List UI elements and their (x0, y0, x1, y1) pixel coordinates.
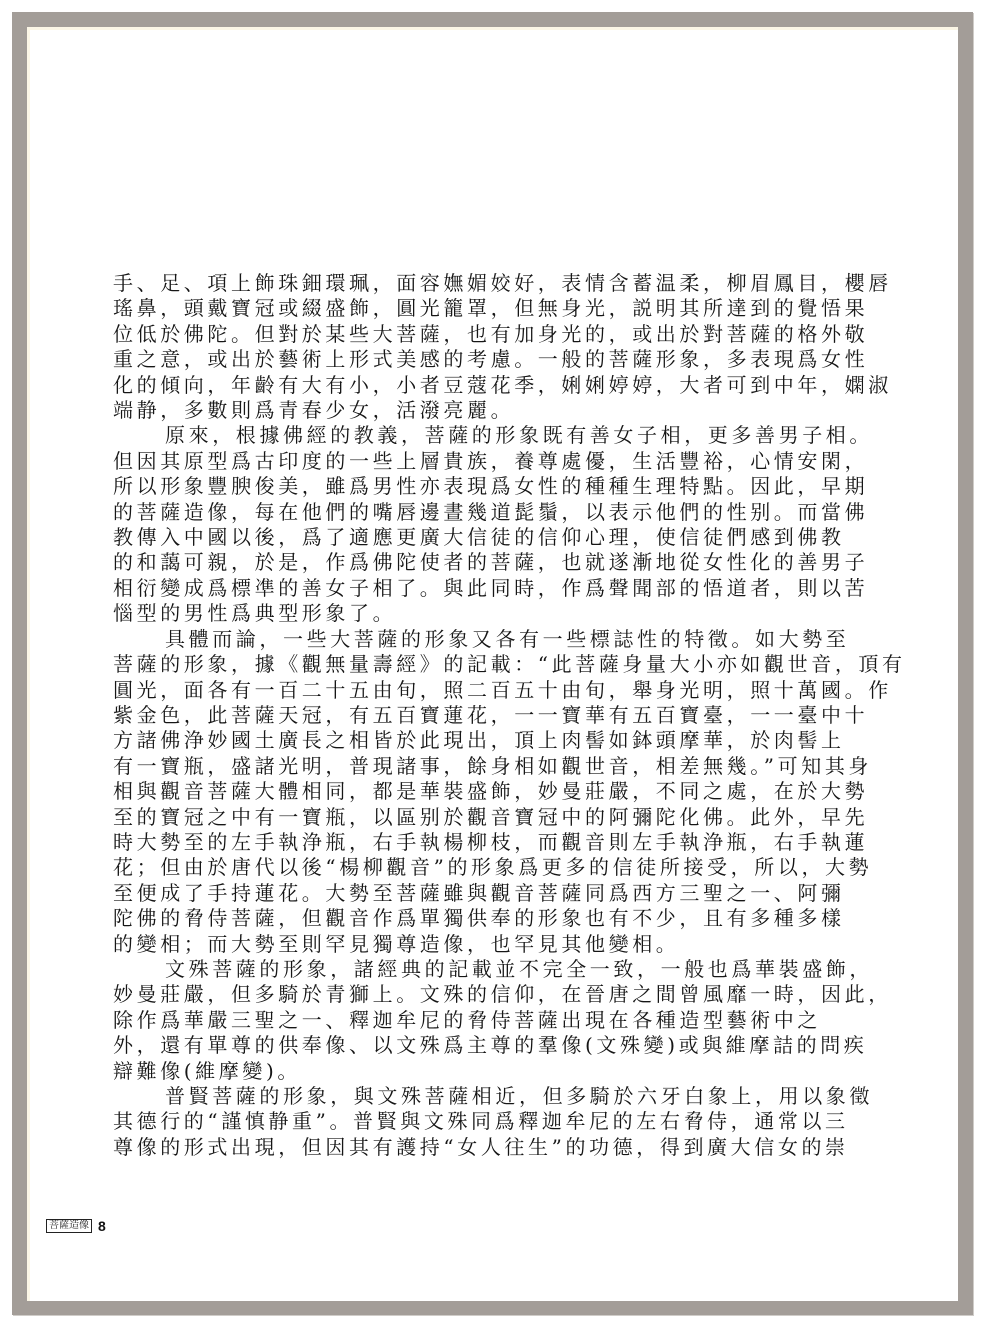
text-line: 至便成了手持蓮花。大勢至菩薩雖與觀音菩薩同爲西方三聖之一、阿彌 (113, 881, 723, 906)
text-line: 具體而論，一些大菩薩的形象又各有一些標誌性的特徵。如大勢至 (113, 627, 723, 652)
text-line: 尊像的形式出現，但因其有護持“女人往生”的功德，得到廣大信女的崇 (113, 1135, 723, 1160)
text-line: 端静，多數則爲青春少女，活潑亮麗。 (113, 398, 723, 423)
text-line: 陀佛的脅侍菩薩，但觀音作爲單獨供奉的形象也有不少，且有多種多樣 (113, 906, 723, 931)
text-line: 時大勢至的左手執浄瓶，右手執楊柳枝，而觀音則左手執浄瓶，右手執蓮 (113, 830, 723, 855)
text-line: 普賢菩薩的形象，與文殊菩薩相近，但多騎於六牙白象上，用以象徵 (113, 1084, 723, 1109)
text-line: 有一寶瓶，盛諸光明，普現諸事，餘身相如觀世音，相差無幾。”可知其身 (113, 754, 723, 779)
text-line: 但因其原型爲古印度的一些上層貴族，養尊處優，生活豐裕，心情安閑， (113, 449, 723, 474)
body-text: 手、足、項上飾珠鈿環珮，面容嫵媚姣好，表情含蓄温柔，柳眉鳳目，櫻唇 瑤鼻，頭戴寶… (113, 271, 723, 1160)
text-line: 辯難像(維摩變)。 (113, 1059, 723, 1084)
text-line: 花；但由於唐代以後“楊柳觀音”的形象爲更多的信徒所接受，所以，大勢 (113, 855, 723, 880)
page-number: 8 (98, 1218, 106, 1234)
text-line: 重之意，或出於藝術上形式美感的考慮。一般的菩薩形象，多表現爲女性 (113, 347, 723, 372)
text-line: 原來，根據佛經的教義，菩薩的形象既有善女子相，更多善男子相。 (113, 423, 723, 448)
text-line: 妙曼莊嚴，但多騎於青獅上。文殊的信仰，在晉唐之間曾風靡一時，因此， (113, 982, 723, 1007)
text-line: 除作爲華嚴三聖之一、釋迦牟尼的脅侍菩薩出現在各種造型藝術中之 (113, 1008, 723, 1033)
text-line: 圓光，面各有一百二十五由旬，照二百五十由旬，舉身光明，照十萬國。作 (113, 678, 723, 703)
text-line: 菩薩的形象，據《觀無量壽經》的記載：“此菩薩身量大小亦如觀世音，頂有 (113, 652, 723, 677)
paragraph-4: 文殊菩薩的形象，諸經典的記載並不完全一致，一般也爲華裝盛飾， 妙曼莊嚴，但多騎於… (113, 957, 723, 1084)
text-line: 的和藹可親，於是，作爲佛陀使者的菩薩，也就遂漸地從女性化的善男子 (113, 550, 723, 575)
text-line: 教傳入中國以後，爲了適應更廣大信徒的信仰心理，使信徒們感到佛教 (113, 525, 723, 550)
text-line: 相與觀音菩薩大體相同，都是華裝盛飾，妙曼莊嚴，不同之處，在於大勢 (113, 779, 723, 804)
text-line: 瑤鼻，頭戴寶冠或綴盛飾，圓光籠罩，但無身光，説明其所達到的覺悟果 (113, 296, 723, 321)
text-line: 所以形象豐腴俊美，雖爲男性亦表現爲女性的種種生理特點。因此，早期 (113, 474, 723, 499)
text-line: 惱型的男性爲典型形象了。 (113, 601, 723, 626)
paragraph-2: 原來，根據佛經的教義，菩薩的形象既有善女子相，更多善男子相。 但因其原型爲古印度… (113, 423, 723, 626)
text-line: 相衍變成爲標凖的善女子相了。與此同時，作爲聲聞部的悟道者，則以苦 (113, 576, 723, 601)
text-line: 方諸佛浄妙國土廣長之相皆於此現出，頂上肉髻如鉢頭摩華，於肉髻上 (113, 728, 723, 753)
paragraph-3: 具體而論，一些大菩薩的形象又各有一些標誌性的特徵。如大勢至 菩薩的形象，據《觀無… (113, 627, 723, 957)
text-line: 的菩薩造像，每在他們的嘴唇邊晝幾道髭鬚，以表示他們的性别。而當佛 (113, 500, 723, 525)
text-line: 的變相；而大勢至則罕見獨尊造像，也罕見其他變相。 (113, 932, 723, 957)
page-footer: 菩薩造像 8 (46, 1218, 106, 1234)
paragraph-5: 普賢菩薩的形象，與文殊菩薩相近，但多騎於六牙白象上，用以象徵 其德行的“謹慎静重… (113, 1084, 723, 1160)
paragraph-1: 手、足、項上飾珠鈿環珮，面容嫵媚姣好，表情含蓄温柔，柳眉鳳目，櫻唇 瑤鼻，頭戴寶… (113, 271, 723, 423)
text-line: 紫金色，此菩薩天冠，有五百寶蓮花，一一寶華有五百寶臺，一一臺中十 (113, 703, 723, 728)
text-line: 文殊菩薩的形象，諸經典的記載並不完全一致，一般也爲華裝盛飾， (113, 957, 723, 982)
text-line: 手、足、項上飾珠鈿環珮，面容嫵媚姣好，表情含蓄温柔，柳眉鳳目，櫻唇 (113, 271, 723, 296)
text-line: 化的傾向，年齡有大有小，小者豆蔻花季，娳娳婷婷，大者可到中年，嫻淑 (113, 373, 723, 398)
text-line: 位低於佛陀。但對於某些大菩薩，也有加身光的，或出於對菩薩的格外敬 (113, 322, 723, 347)
text-line: 其德行的“謹慎静重”。普賢與文殊同爲釋迦牟尼的左右脅侍，通常以三 (113, 1109, 723, 1134)
text-line: 外，還有單尊的供奉像、以文殊爲主尊的羣像(文殊變)或與維摩詰的問疾 (113, 1033, 723, 1058)
text-line: 至的寶冠之中有一寶瓶，以區别於觀音寶冠中的阿彌陀化佛。此外，早先 (113, 805, 723, 830)
running-title: 菩薩造像 (46, 1219, 92, 1233)
